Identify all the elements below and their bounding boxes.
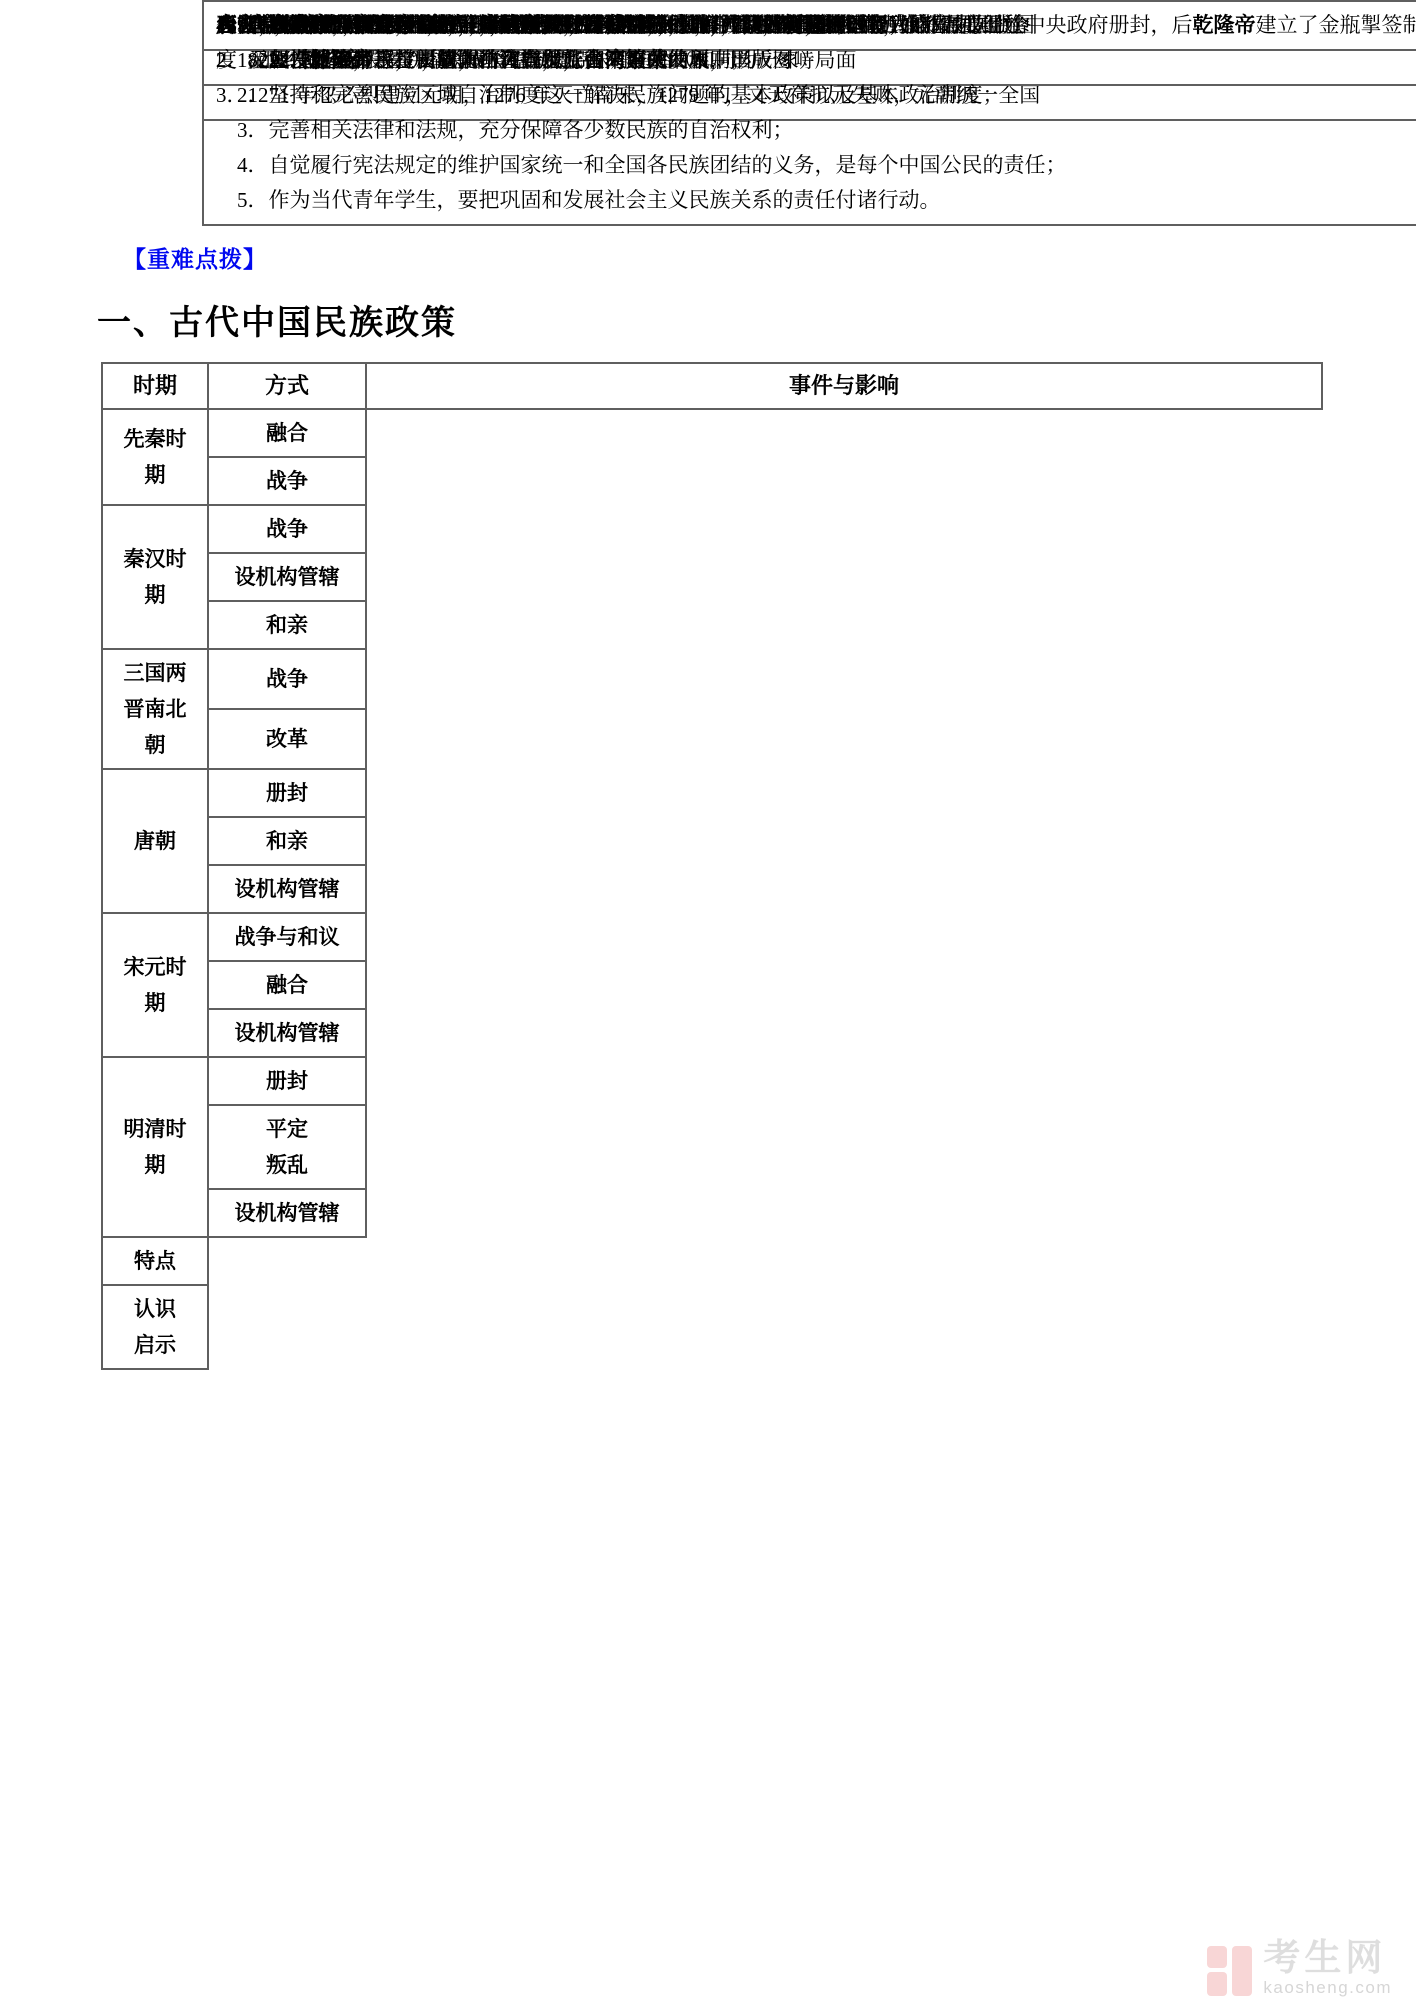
table-header-row: 时期 方式 事件与影响: [102, 363, 1322, 409]
table-row: 设机构管辖1．元朝在中央设置宣政院，管辖西藏，西藏正式纳入中国版图2．元朝设置澎…: [102, 1009, 1322, 1057]
content-paragraph: 1．坚持民族平等、民族团结、各民族共同繁荣的原则；: [216, 43, 1416, 78]
column-header-events: 事件与影响: [366, 363, 1322, 409]
content-paragraph: 我国各民族之间的友好交往是历史的主流。民族团结、国家统一，则国家兴盛富强。: [216, 8, 1416, 43]
table-row: 秦汉时 期战争1．秦始皇派蒙恬北击匈奴，修长城；并南征越族，推行郡县制管理2．汉…: [102, 505, 1322, 553]
table-row: 战争春秋战国时期，诸侯争霸，华夏族与其他民族接触频繁，促进了民族融合: [102, 457, 1322, 505]
table-row: 设机构管辖公元前 60 年（汉宣帝），西汉政府设置西域都护，管辖西域，新疆地区正…: [102, 553, 1322, 601]
period-cell: 明清时 期: [102, 1057, 208, 1237]
table-row: 设机构管辖唐太宗设置安西都护府，武则天设置北庭都护府，管理新疆地区（西域）: [102, 865, 1322, 913]
table-row: 三国两 晋南北 朝战争西晋，匈奴、鲜卑、羯、氐、羌等少数民族内迁。匈奴族的一支灭…: [102, 649, 1322, 709]
table-row: 和亲西汉时昭君出塞（汉元帝），嫁给匈奴呼韩邪单于: [102, 601, 1322, 649]
method-cell: 改革: [208, 709, 366, 769]
table-row: 特点1．交往方式上，战争冲突与和平友好交织，以和平往来为主流；2．发展趋势上，由…: [102, 1237, 1322, 1285]
table-row: 先秦时 期融合炎帝、黄帝部落形成华夏族，华夏族是汉族的前身。海外华人自称“炎黄子…: [102, 409, 1322, 457]
method-cell: 册封: [208, 769, 366, 817]
method-cell: 战争: [208, 457, 366, 505]
method-cell: 战争: [208, 649, 366, 709]
column-header-period: 时期: [102, 363, 208, 409]
method-cell: 设机构管辖: [208, 1009, 366, 1057]
method-cell: 册封: [208, 1057, 366, 1105]
method-cell: 融合: [208, 409, 366, 457]
kaosheng-watermark: 考生网 kaosheng.com: [1207, 1940, 1392, 1996]
period-cell: 唐朝: [102, 769, 208, 913]
method-cell: 平定 叛乱: [208, 1105, 366, 1189]
method-cell: 战争: [208, 505, 366, 553]
table-row: 认识 启示我国各民族之间的友好交往是历史的主流。民族团结、国家统一，则国家兴盛富…: [102, 1285, 1322, 1369]
table-row: 设机构管辖1．雍正时设置驻藏大臣，代表中央与达赖、班禅共同处理西藏事务；2．乾隆…: [102, 1189, 1322, 1237]
page-title: 一、古代中国民族政策: [97, 301, 1325, 347]
period-cell: 三国两 晋南北 朝: [102, 649, 208, 769]
section-badge: 【重难点拨】: [123, 246, 1325, 274]
period-cell: 宋元时 期: [102, 913, 208, 1057]
period-cell: 认识 启示: [102, 1285, 208, 1369]
column-header-method: 方式: [208, 363, 366, 409]
period-cell: 秦汉时 期: [102, 505, 208, 649]
table-row: 和亲1．唐太宗时，文成公主入藏嫁给松赞干布；2．8 世纪初（唐中宗），金城公主与…: [102, 817, 1322, 865]
content-paragraph: 2．坚持和完善民族区域自治制度这一解决民族问题的基本政策以及基本政治制度；: [216, 78, 1416, 113]
ethnic-policy-table: 时期 方式 事件与影响 先秦时 期融合炎帝、黄帝部落形成华夏族，华夏族是汉族的前…: [101, 362, 1323, 1370]
content-paragraph: 5．作为当代青年学生，要把巩固和发展社会主义民族关系的责任付诸行动。: [216, 183, 1416, 218]
method-cell: 和亲: [208, 601, 366, 649]
document-page: 【重难点拨】 一、古代中国民族政策 时期 方式 事件与影响 先秦时 期融合炎帝、…: [101, 0, 1325, 1370]
method-cell: 设机构管辖: [208, 865, 366, 913]
table-row: 唐朝册封唐玄宗册封南诏首领为云南王，册封回纥首领为怀仁可汗；册封靺鞨首领为“渤海…: [102, 769, 1322, 817]
watermark-site-domain: kaosheng.com: [1263, 1979, 1392, 1996]
table-row: 平定 叛乱1．康熙帝平定蒙古准噶尔叛乱2．乾隆帝平定新疆大小和卓叛乱: [102, 1105, 1322, 1189]
method-cell: 和亲: [208, 817, 366, 865]
watermark-site-name: 考生网: [1263, 1940, 1392, 1977]
table-row: 融合元朝时期民族融合的典型表现：1．少数民族迁往内地；2．汉族去往边疆；3．形成…: [102, 961, 1322, 1009]
method-cell: 战争与和议: [208, 913, 366, 961]
table-row: 改革439 年，鲜卑族政权北魏统一黄河流域，孝文帝改革，学习汉族先进文化，促进民…: [102, 709, 1322, 769]
method-cell: 设机构管辖: [208, 553, 366, 601]
content-paragraph: 3．完善相关法律和法规，充分保障各少数民族的自治权利；: [216, 113, 1416, 148]
table-row: 宋元时 期战争与和议1．北宋与辽、西夏均有战争，辽与北宋签订澶渊之盟，西夏向北宋…: [102, 913, 1322, 961]
period-cell: 先秦时 期: [102, 409, 208, 505]
method-cell: 设机构管辖: [208, 1189, 366, 1237]
kaosheng-logo-icon: [1207, 1944, 1253, 1996]
table-row: 明清时 期册封顺治帝册封达赖喇嘛，康熙帝册封班禅额尔德尼，以后历任达赖和班禅都需…: [102, 1057, 1322, 1105]
method-cell: 融合: [208, 961, 366, 1009]
period-cell: 特点: [102, 1237, 208, 1285]
content-cell: 我国各民族之间的友好交往是历史的主流。民族团结、国家统一，则国家兴盛富强。1．坚…: [202, 0, 1416, 226]
content-paragraph: 4．自觉履行宪法规定的维护国家统一和全国各民族团结的义务，是每个中国公民的责任；: [216, 148, 1416, 183]
